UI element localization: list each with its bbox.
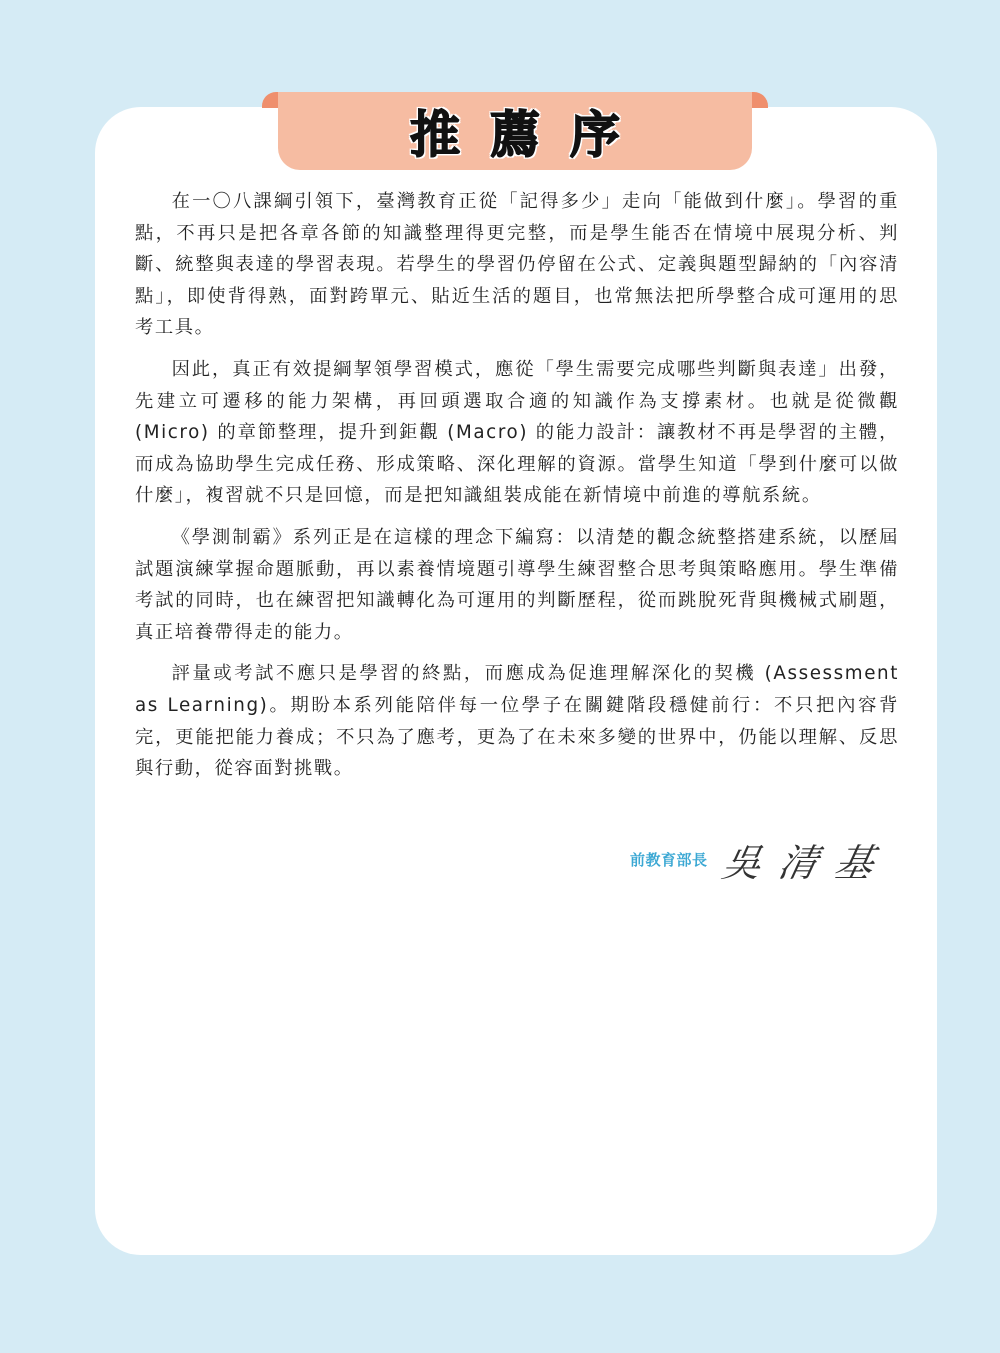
signature-title: 前教育部長 xyxy=(630,849,708,870)
page-title: 推薦序 xyxy=(410,95,650,167)
preface-body: 在一〇八課綱引領下，臺灣教育正從「記得多少」走向「能做到什麼」。學習的重點，不再… xyxy=(135,186,899,795)
signature-handwritten-name: 吳清基 xyxy=(718,832,898,887)
paragraph-1: 在一〇八課綱引領下，臺灣教育正從「記得多少」走向「能做到什麼」。學習的重點，不再… xyxy=(135,186,899,344)
title-banner: 推薦序 xyxy=(278,92,752,170)
paragraph-2: 因此，真正有效提綱挈領學習模式，應從「學生需要完成哪些判斷與表達」出發，先建立可… xyxy=(135,354,899,512)
paragraph-3: 《學測制霸》系列正是在這樣的理念下編寫：以清楚的觀念統整搭建系統，以歷屆試題演練… xyxy=(135,522,899,648)
signature-block: 前教育部長 吳清基 xyxy=(630,832,892,887)
paragraph-4: 評量或考試不應只是學習的終點，而應成為促進理解深化的契機 (Assessment… xyxy=(135,658,899,784)
